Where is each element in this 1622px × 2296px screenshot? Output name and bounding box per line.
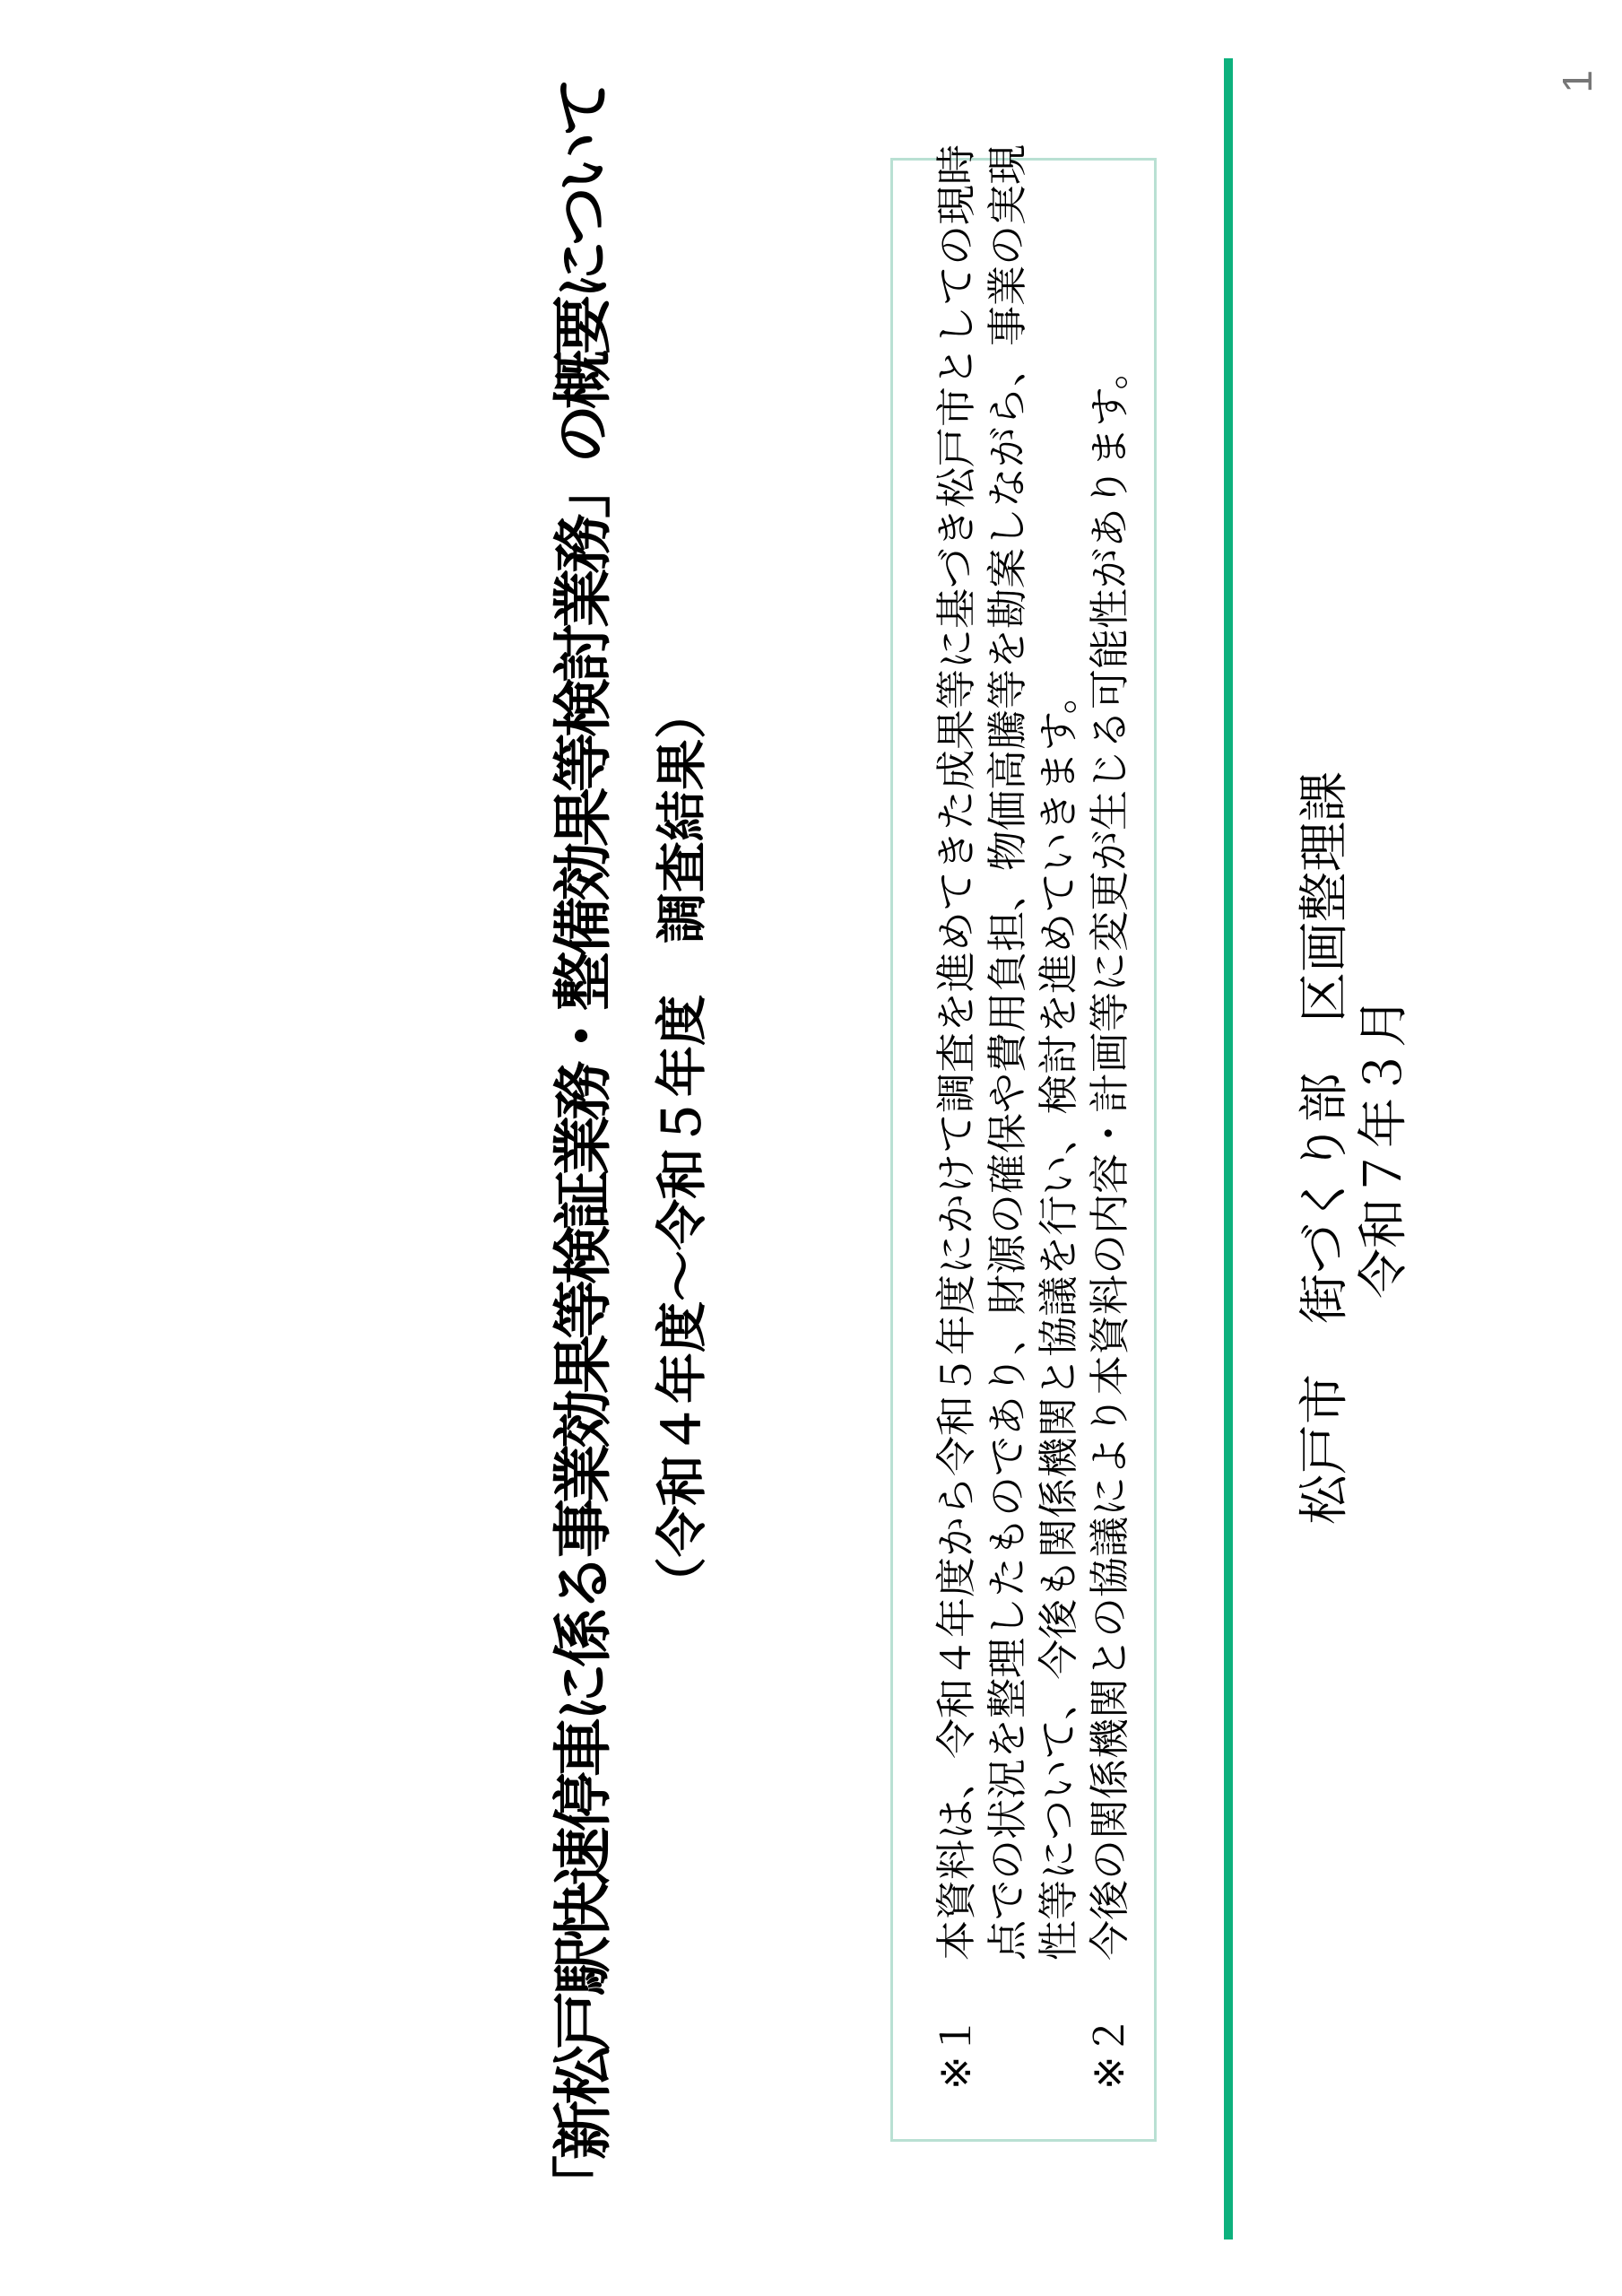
note-1-text: 本資料は、令和４年度から令和５年度にかけて調査を進めてきた成果等に基づき松戸市と… xyxy=(931,144,1084,1961)
page-number: 1 xyxy=(1555,70,1600,93)
notes-box-content: ※１ 本資料は、令和４年度から令和５年度にかけて調査を進めてきた成果等に基づき松… xyxy=(893,161,1135,2139)
note-1-line-3: 性等について、今後も関係機関と協議を行い、検討を進めていきます。 xyxy=(1033,144,1084,1961)
note-1-line-2: 点での状況を整理したものであり、財源の確保や費用負担、物価高騰等を勘案しながら、… xyxy=(982,144,1033,1961)
rotated-document-page: 「新松戸駅快速停車に係る事業効果等検証業務・整備効果等検討業務」の概要について … xyxy=(0,0,1622,2296)
credits-department: 松戸市 街づくり部 区画整理課 xyxy=(1295,0,1354,2296)
green-divider-rule xyxy=(1224,58,1233,2239)
note-2-line-1: 今後の関係機関との協議により本資料の内容・計画等に変更が生じる可能性があります。 xyxy=(1084,205,1135,1961)
note-2-text: 今後の関係機関との協議により本資料の内容・計画等に変更が生じる可能性があります。 xyxy=(1084,205,1135,1961)
credits-block: 松戸市 街づくり部 区画整理課 令和７年３月 xyxy=(1295,0,1413,2296)
notes-box: ※１ 本資料は、令和４年度から令和５年度にかけて調査を進めてきた成果等に基づき松… xyxy=(890,158,1157,2142)
note-1-line-1: 本資料は、令和４年度から令和５年度にかけて調査を進めてきた成果等に基づき松戸市と… xyxy=(931,144,982,1961)
note-1-marker: ※１ xyxy=(931,1961,982,2090)
credits-date: 令和７年３月 xyxy=(1354,0,1413,2296)
landscape-slide: 「新松戸駅快速停車に係る事業効果等検証業務・整備効果等検討業務」の概要について … xyxy=(0,0,1622,2296)
page-subtitle: （令和４年度～令和５年度 調査結果） xyxy=(651,0,714,2296)
note-item-2: ※２ 今後の関係機関との協議により本資料の内容・計画等に変更が生じる可能性があり… xyxy=(1084,205,1135,2090)
page-title: 「新松戸駅快速停車に係る事業効果等検証業務・整備効果等検討業務」の概要について xyxy=(545,0,620,2296)
note-item-1: ※１ 本資料は、令和４年度から令和５年度にかけて調査を進めてきた成果等に基づき松… xyxy=(931,205,1084,2090)
note-2-marker: ※２ xyxy=(1084,1961,1135,2090)
